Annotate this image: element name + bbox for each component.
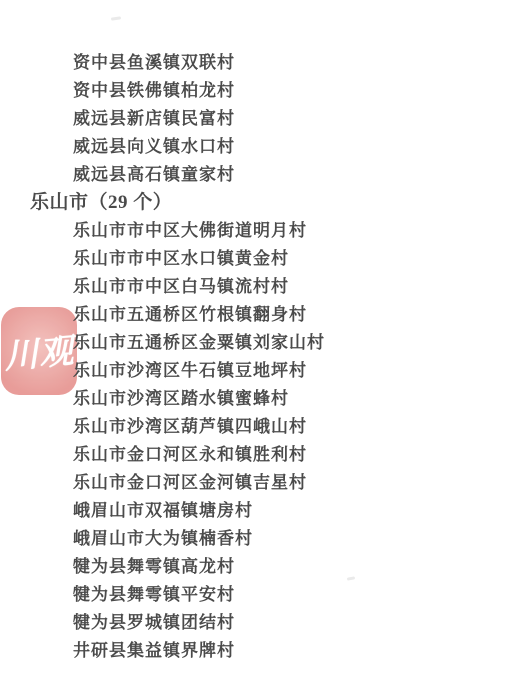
- village-item: 犍为县罗城镇团结村: [0, 609, 521, 637]
- village-item: 乐山市沙湾区葫芦镇四峨山村: [0, 413, 521, 441]
- village-item: 乐山市金口河区永和镇胜利村: [0, 441, 521, 469]
- village-item: 乐山市金口河区金河镇吉星村: [0, 469, 521, 497]
- village-item: 威远县高石镇童家村: [0, 161, 521, 189]
- village-item: 威远县新店镇民富村: [0, 105, 521, 133]
- village-item: 犍为县舞雩镇平安村: [0, 581, 521, 609]
- document-page: 川观 资中县鱼溪镇双联村资中县铁佛镇柏龙村威远县新店镇民富村威远县向义镇水口村威…: [0, 0, 521, 691]
- village-item: 乐山市市中区大佛街道明月村: [0, 217, 521, 245]
- village-item: 乐山市市中区白马镇流村村: [0, 273, 521, 301]
- scan-artifact-top: [111, 16, 121, 20]
- village-item: 乐山市五通桥区金粟镇刘家山村: [0, 329, 521, 357]
- village-item: 资中县铁佛镇柏龙村: [0, 77, 521, 105]
- village-item: 乐山市沙湾区牛石镇豆地坪村: [0, 357, 521, 385]
- village-item: 乐山市五通桥区竹根镇翻身村: [0, 301, 521, 329]
- village-item: 乐山市市中区水口镇黄金村: [0, 245, 521, 273]
- village-item: 峨眉山市双福镇塘房村: [0, 497, 521, 525]
- city-count-header: 乐山市（29 个）: [0, 189, 521, 217]
- village-list: 资中县鱼溪镇双联村资中县铁佛镇柏龙村威远县新店镇民富村威远县向义镇水口村威远县高…: [0, 49, 521, 665]
- village-item: 乐山市沙湾区踏水镇蜜蜂村: [0, 385, 521, 413]
- village-item: 资中县鱼溪镇双联村: [0, 49, 521, 77]
- village-item: 犍为县舞雩镇高龙村: [0, 553, 521, 581]
- village-item: 井研县集益镇界牌村: [0, 637, 521, 665]
- village-item: 威远县向义镇水口村: [0, 133, 521, 161]
- village-item: 峨眉山市大为镇楠香村: [0, 525, 521, 553]
